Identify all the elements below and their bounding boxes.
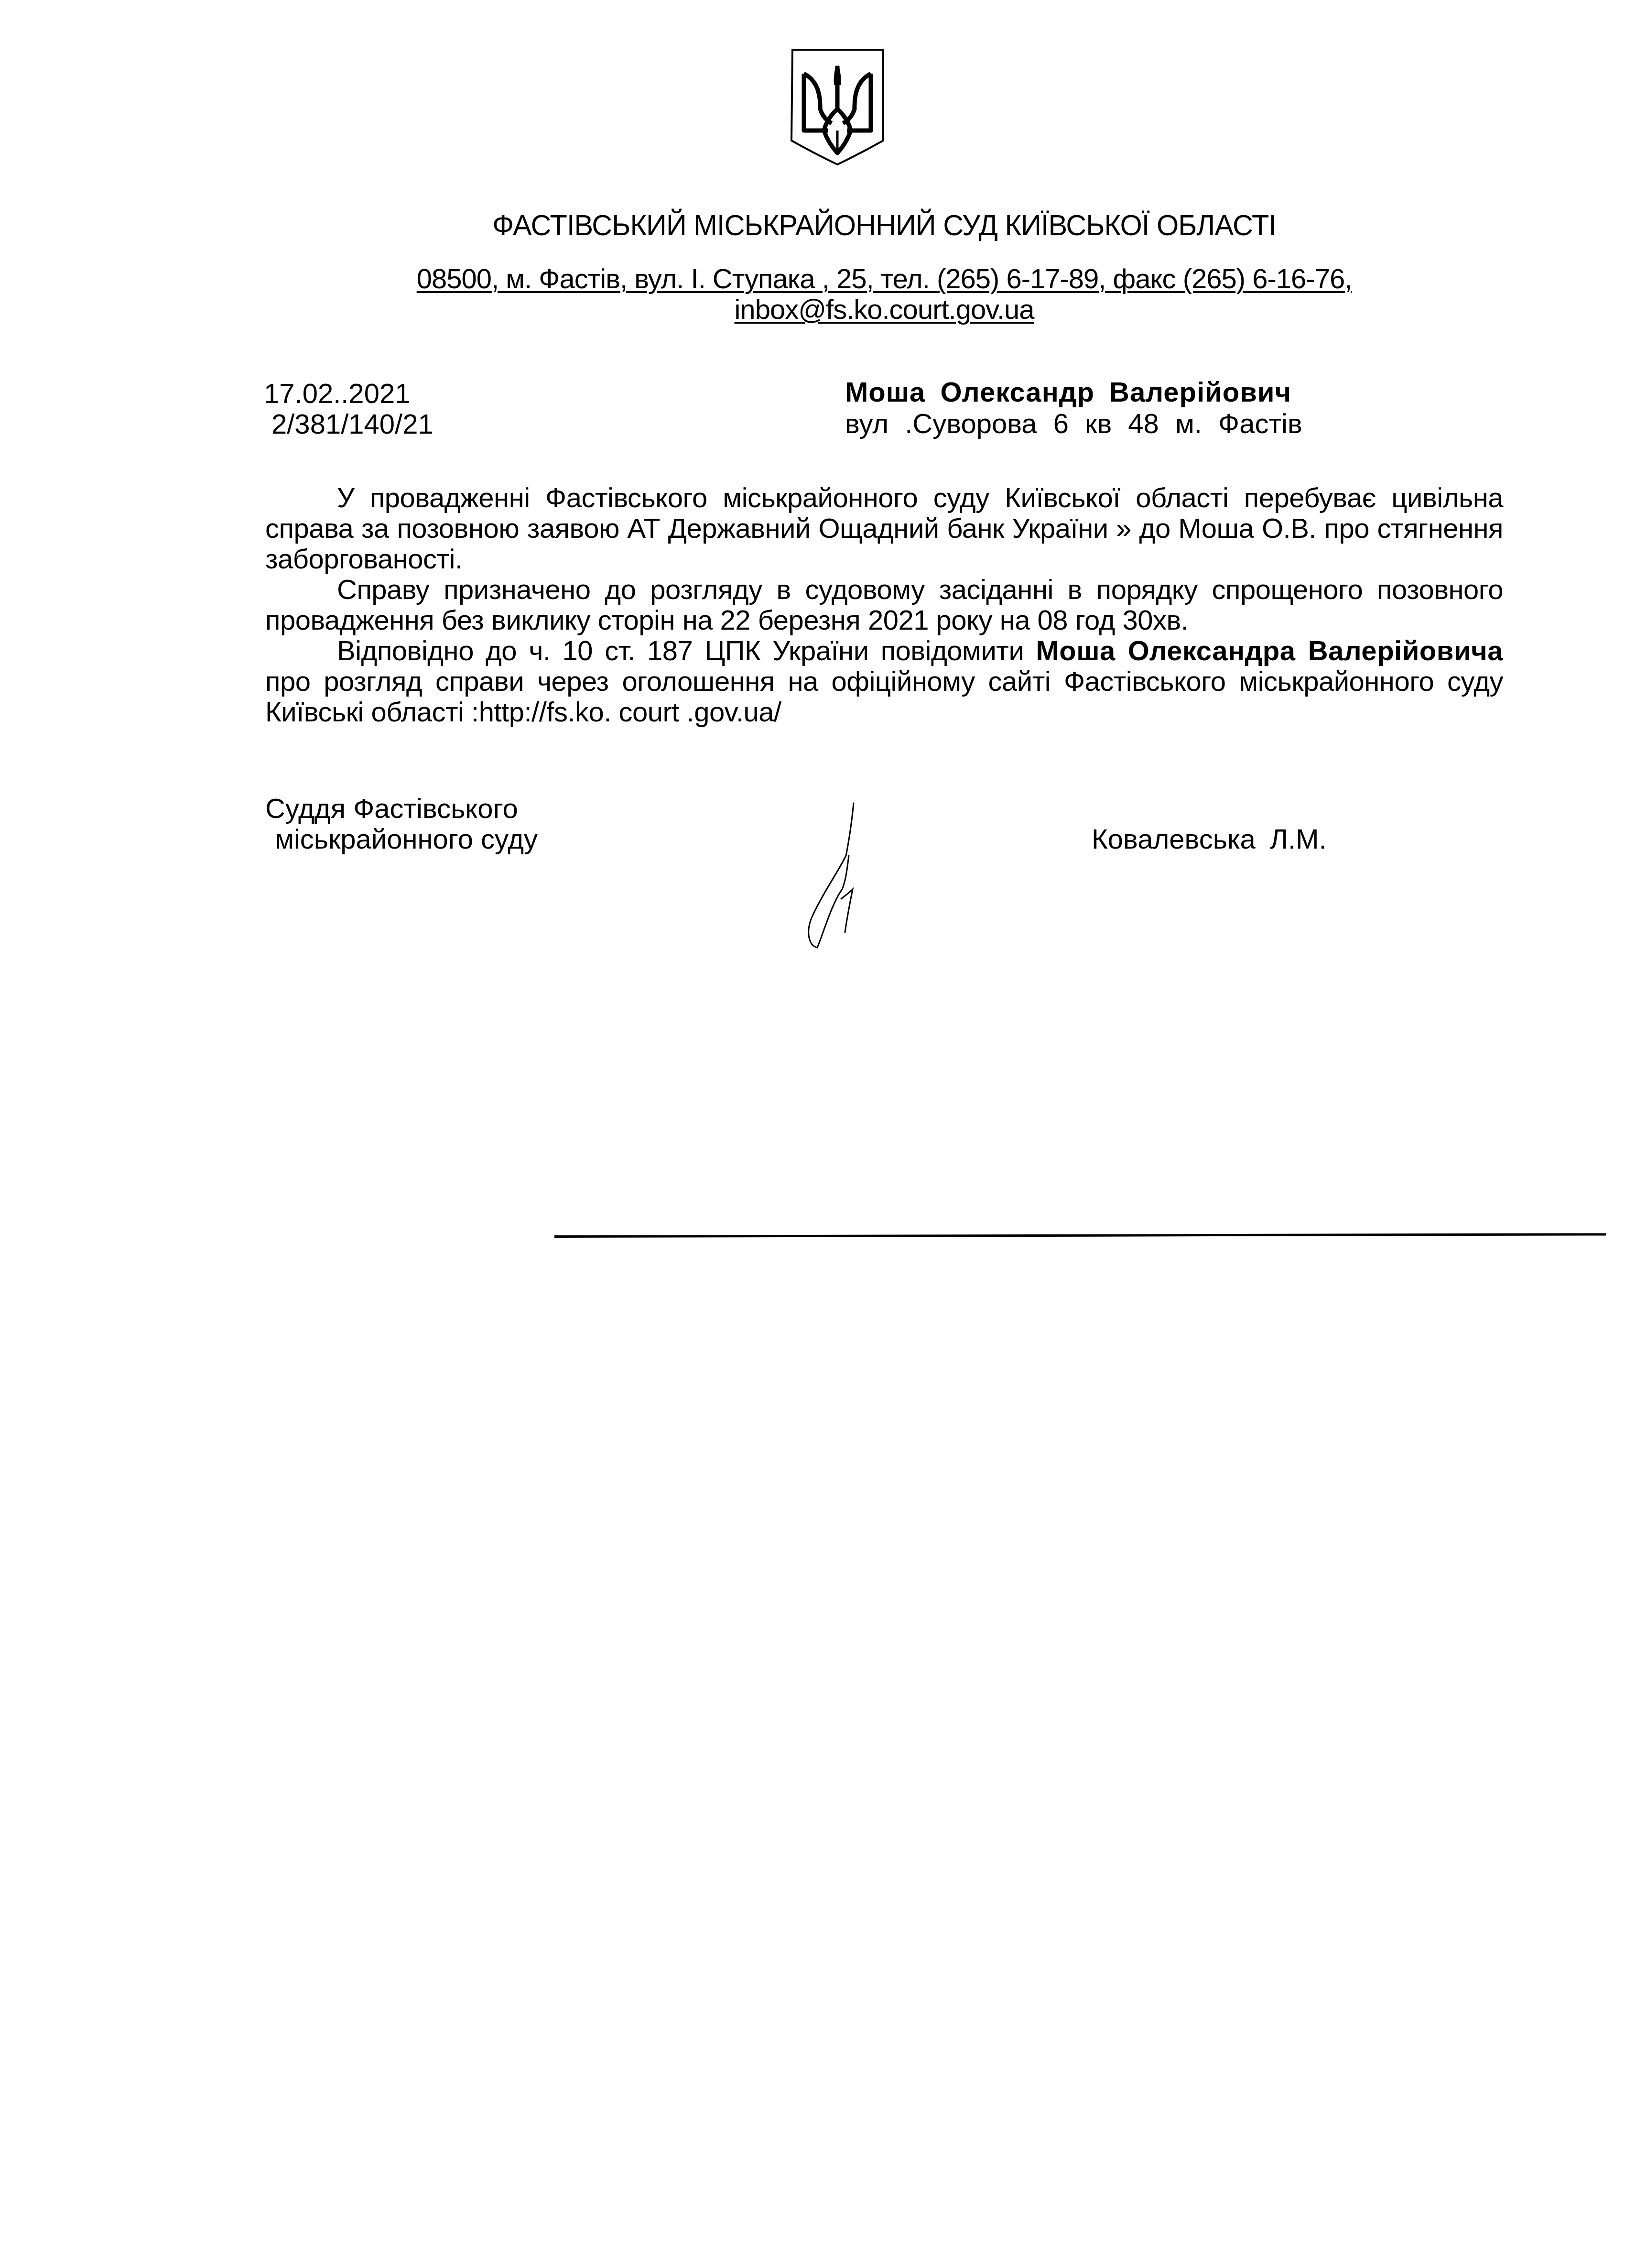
court-address-line: 08500, м. Фастів, вул. І. Ступака , 25, … [417, 263, 1352, 294]
judge-title: Суддя Фастівського міськрайонного суду [265, 794, 538, 855]
handwritten-signature-icon [765, 794, 870, 951]
case-reference-number: 2/381/140/21 [264, 409, 433, 440]
addressee-block: Моша Олександр Валерійович вул .Суворова… [845, 377, 1302, 440]
judge-name: Ковалевська Л.М. [1092, 824, 1327, 855]
court-email-link[interactable]: inbox@fs.ko.court.gov.ua [734, 294, 1034, 325]
addressee-name: Моша Олександр Валерійович [845, 377, 1302, 408]
document-meta: 17.02..2021 2/381/140/21 [264, 379, 433, 440]
body-paragraph-3-intro: Відповідно до ч. 10 ст. 187 ЦПК України … [337, 635, 1036, 666]
letter-body: У провадженні Фастівського міськрайонног… [265, 483, 1503, 728]
body-paragraph-2: Справу призначено до розгляду в судовому… [265, 575, 1503, 636]
judge-title-line-1: Суддя Фастівського [265, 794, 538, 824]
court-name-heading: ФАСТІВСЬКИЙ МІСЬКРАЙОННИЙ СУД КИЇВСЬКОЇ … [35, 208, 1595, 242]
body-paragraph-3-rest: про розгляд справи через оголошення на о… [265, 666, 1503, 728]
body-paragraph-3: Відповідно до ч. 10 ст. 187 ЦПК України … [265, 636, 1503, 728]
bottom-divider [554, 1233, 1606, 1238]
judge-title-line-2: міськрайонного суду [265, 824, 538, 855]
body-paragraph-1: У провадженні Фастівського міськрайонног… [265, 483, 1503, 575]
court-contact-block: 08500, м. Фастів, вул. І. Ступака , 25, … [0, 264, 1625, 325]
document-date: 17.02..2021 [264, 379, 433, 409]
body-paragraph-3-defendant-name: Моша Олександра Валерійовича [1036, 635, 1503, 666]
addressee-address: вул .Суворова 6 кв 48 м. Фастів [845, 408, 1302, 440]
ukraine-trident-emblem-icon [790, 47, 885, 167]
